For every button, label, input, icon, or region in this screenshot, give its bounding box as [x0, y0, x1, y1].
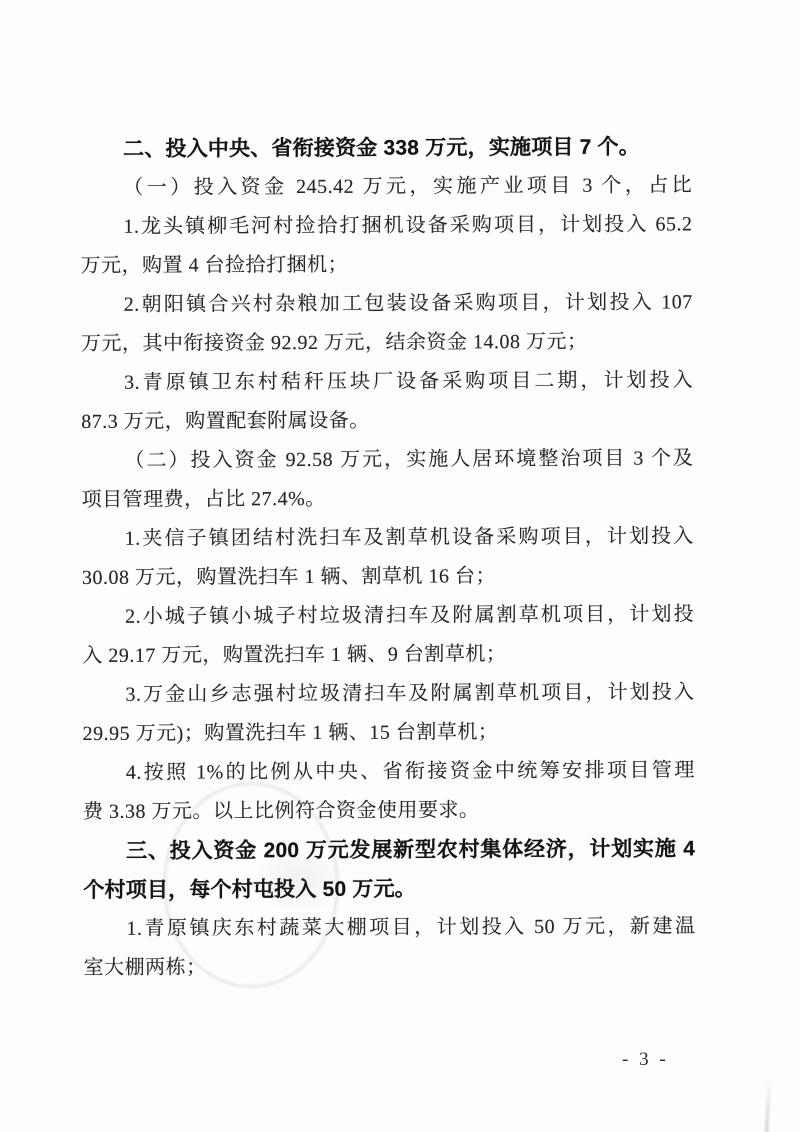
text-line: 万元，其中衔接资金 92.92 万元，结余资金 14.08 万元； [81, 322, 693, 364]
heading-line: 个村项目，每个村屯投入 50 万元。 [83, 868, 695, 910]
paragraph-item: 2.小城子镇小城子村垃圾清扫车及附属割草机项目，计划投 入 29.17 万元，购… [82, 595, 694, 676]
paragraph-subheading-2: （二）投入资金 92.58 万元，实施人居环境整治项目 3 个及 项目管理费，占… [81, 439, 693, 520]
text-line: 3.万金山乡志强村垃圾清扫车及附属割草机项目，计划投入 [82, 673, 694, 715]
paragraph-item: 3.青原镇卫东村秸秆压块厂设备采购项目二期，计划投入 87.3 万元，购置配套附… [81, 361, 693, 442]
paragraph-subheading-1: （一）投入资金 245.42 万元，实施产业项目 3 个，占比 72.6%。 [80, 166, 692, 208]
paragraph-item: 2.朝阳镇合兴村杂粮加工包装设备采购项目，计划投入 107 万元，其中衔接资金 … [81, 283, 693, 364]
text-line: 万元，购置 4 台捡拾打捆机； [81, 244, 693, 286]
text-line: 2.朝阳镇合兴村杂粮加工包装设备采购项目，计划投入 107 [81, 283, 693, 325]
text-line: 87.3 万元，购置配套附属设备。 [81, 400, 693, 442]
paragraph-item: 4.按照 1%的比例从中央、省衔接资金中统筹安排项目管理 费 3.38 万元。以… [83, 751, 695, 832]
text-line: 1.龙头镇柳毛河村捡拾打捆机设备采购项目，计划投入 65.2 [80, 205, 692, 247]
paragraph-item: 1.夹信子镇团结村洗扫车及割草机设备采购项目，计划投入 30.08 万元，购置洗… [82, 517, 694, 598]
text-line: 4.按照 1%的比例从中央、省衔接资金中统筹安排项目管理 [83, 751, 695, 793]
text-line: 1.青原镇庆东村蔬菜大棚项目，计划投入 50 万元，新建温 [83, 907, 695, 949]
scanned-document-page: 二、投入中央、省衔接资金 338 万元，实施项目 7 个。 （一）投入资金 24… [0, 0, 800, 1132]
text-line: 29.95 万元)；购置洗扫车 1 辆、15 台割草机； [83, 712, 695, 754]
page-number: - 3 - [622, 1049, 669, 1071]
text-line: 30.08 万元，购置洗扫车 1 辆、割草机 16 台； [82, 556, 694, 598]
text-line: （二）投入资金 92.58 万元，实施人居环境整治项目 3 个及 [81, 439, 693, 481]
text-line: （一）投入资金 245.42 万元，实施产业项目 3 个，占比 72.6%。 [80, 166, 692, 208]
scan-edge-artifact [765, 1076, 772, 1132]
document-body: 二、投入中央、省衔接资金 338 万元，实施项目 7 个。 （一）投入资金 24… [80, 127, 696, 988]
text-line: 2.小城子镇小城子村垃圾清扫车及附属割草机项目，计划投 [82, 595, 694, 637]
paragraph-item: 1.青原镇庆东村蔬菜大棚项目，计划投入 50 万元，新建温 室大棚两栋； [83, 907, 695, 988]
text-line: 3.青原镇卫东村秸秆压块厂设备采购项目二期，计划投入 [81, 361, 693, 403]
text-line: 室大棚两栋； [84, 946, 696, 988]
text-line: 项目管理费，占比 27.4%。 [82, 478, 694, 520]
paragraph-heading-2: 二、投入中央、省衔接资金 338 万元，实施项目 7 个。 [80, 127, 692, 169]
text-line: 入 29.17 万元，购置洗扫车 1 辆、9 台割草机； [82, 634, 694, 676]
paragraph-heading-3: 三、投入资金 200 万元发展新型农村集体经济，计划实施 4 个村项目，每个村屯… [83, 829, 695, 910]
text-line: 费 3.38 万元。以上比例符合资金使用要求。 [83, 790, 695, 832]
paragraph-item: 3.万金山乡志强村垃圾清扫车及附属割草机项目，计划投入 29.95 万元)；购置… [82, 673, 694, 754]
heading-line: 三、投入资金 200 万元发展新型农村集体经济，计划实施 4 [83, 829, 695, 871]
paragraph-item: 1.龙头镇柳毛河村捡拾打捆机设备采购项目，计划投入 65.2 万元，购置 4 台… [80, 205, 692, 286]
heading-line: 二、投入中央、省衔接资金 338 万元，实施项目 7 个。 [80, 127, 692, 169]
text-line: 1.夹信子镇团结村洗扫车及割草机设备采购项目，计划投入 [82, 517, 694, 559]
